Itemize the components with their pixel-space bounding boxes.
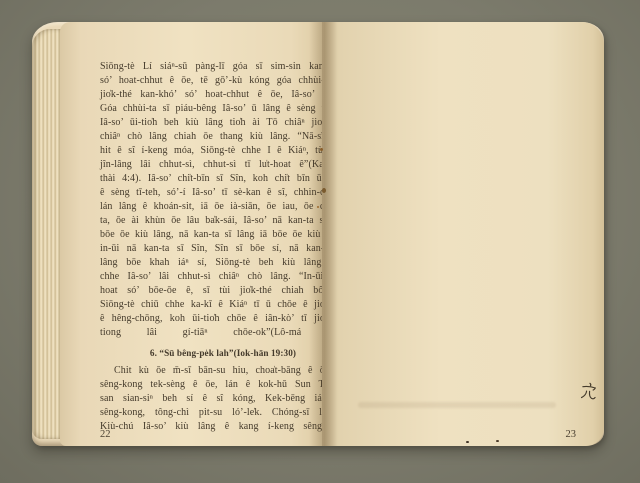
photo-background: Siōng-tè Lí siáⁿ-sū pàng-lī góa sī sim-s… (0, 0, 640, 483)
page-number-right: 23 (566, 429, 577, 440)
foxing-spot (320, 148, 323, 151)
show-through-text (358, 402, 556, 408)
foxing-spot (322, 188, 326, 193)
left-page: Siōng-tè Lí siáⁿ-sū pàng-lī góa sī sim-s… (60, 22, 322, 446)
foxing-spot (317, 206, 319, 208)
open-book: Siōng-tè Lí siáⁿ-sū pàng-lī góa sī sim-s… (32, 22, 604, 446)
spine-gutter (309, 22, 337, 446)
speck (466, 441, 469, 443)
speck (496, 440, 499, 442)
right-page: bêng-pe̍k lah, I kàu lîm-chiong ê sî ta̍… (322, 22, 604, 446)
handwritten-mark (578, 381, 598, 404)
page-edge-stack (32, 29, 62, 439)
page-number-left: 22 (100, 429, 111, 440)
